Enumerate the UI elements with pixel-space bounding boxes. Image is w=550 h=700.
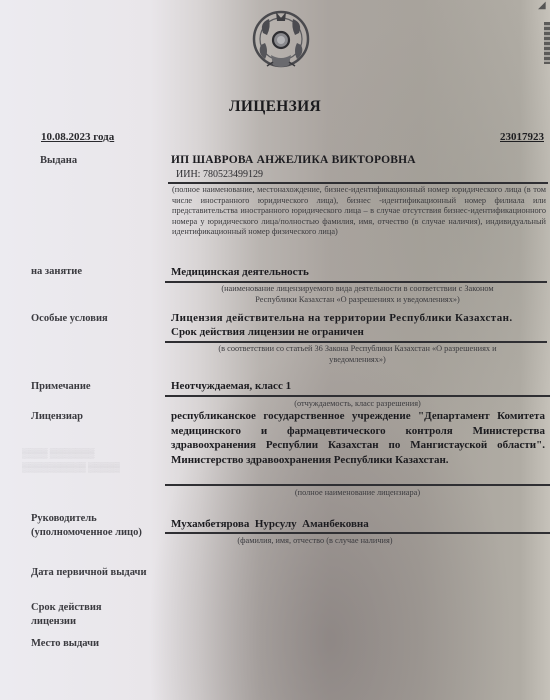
issued-to-hint: (полное наименование, местонахождение, б… (172, 185, 546, 238)
special-conditions-label: Особые условия (31, 312, 108, 326)
issued-to-label: Выдана (40, 154, 77, 168)
issue-date: 10.08.2023 года (41, 131, 114, 143)
activity-value: Медицинская деятельность (171, 265, 546, 279)
page-edge-marking (544, 22, 550, 64)
activity-hint-line1: (наименование лицензируемого вида деятел… (165, 284, 550, 295)
head-underline (165, 532, 550, 534)
note-underline (165, 395, 550, 397)
licensor-underline (165, 484, 550, 486)
special-conditions-hint-line2: уведомлениях») (165, 355, 550, 366)
special-conditions-value-line1: Лицензия действительна на территории Рес… (171, 311, 546, 325)
license-document: ◢ ЛИЦЕНЗИЯ 10.08.2023 года 23017923 Выда… (0, 0, 550, 700)
validity-label-line1: Срок действия (31, 601, 102, 615)
licensor-label: Лицензиар (31, 410, 83, 424)
note-hint: (отчуждаемость, класс разрешения) (165, 399, 550, 410)
place-of-issue-label: Место выдачи (31, 637, 99, 651)
issued-to-value: ИП ШАВРОВА АНЖЕЛИКА ВИКТОРОВНА (171, 153, 546, 167)
kazakhstan-state-emblem-icon (251, 9, 311, 71)
activity-underline (165, 281, 547, 283)
validity-label-line2: лицензии (31, 615, 76, 629)
head-label-line2: (уполномоченное лицо) (31, 526, 142, 540)
head-value: Мухамбетярова Нурсулу Аманбековна (171, 517, 546, 531)
first-issue-date-label: Дата первичной выдачи (31, 566, 147, 580)
activity-hint-line2: Республики Казахстан «О разрешениях и ув… (165, 295, 550, 306)
note-label: Примечание (31, 380, 91, 394)
special-conditions-value-line2: Срок действия лицензии не ограничен (171, 325, 546, 339)
head-label-line1: Руководитель (31, 512, 97, 526)
head-hint: (фамилия, имя, отчество (в случае наличи… (165, 536, 465, 547)
iin-value: ИИН: 780523499129 (176, 168, 550, 182)
document-title: ЛИЦЕНЗИЯ (0, 98, 550, 116)
issued-to-underline (168, 182, 548, 184)
license-number: 23017923 (500, 131, 544, 143)
special-conditions-hint: (в соответствии со статьей 36 Закона Рес… (165, 344, 550, 365)
corner-mark: ◢ (538, 0, 546, 11)
activity-label: на занятие (31, 265, 82, 279)
licensor-value: республиканское государственное учрежден… (171, 409, 545, 467)
special-conditions-underline (165, 341, 547, 343)
bleed-through-text: ▒▒▒▒ ▒▒▒▒▒▒▒▒▒▒▒▒▒▒▒▒▒ ▒▒▒▒▒ (22, 446, 120, 474)
licensor-hint: (полное наименование лицензиара) (165, 488, 550, 499)
special-conditions-hint-line1: (в соответствии со статьей 36 Закона Рес… (165, 344, 550, 355)
activity-hint: (наименование лицензируемого вида деятел… (165, 284, 550, 305)
note-value: Неотчуждаемая, класс 1 (171, 379, 546, 393)
